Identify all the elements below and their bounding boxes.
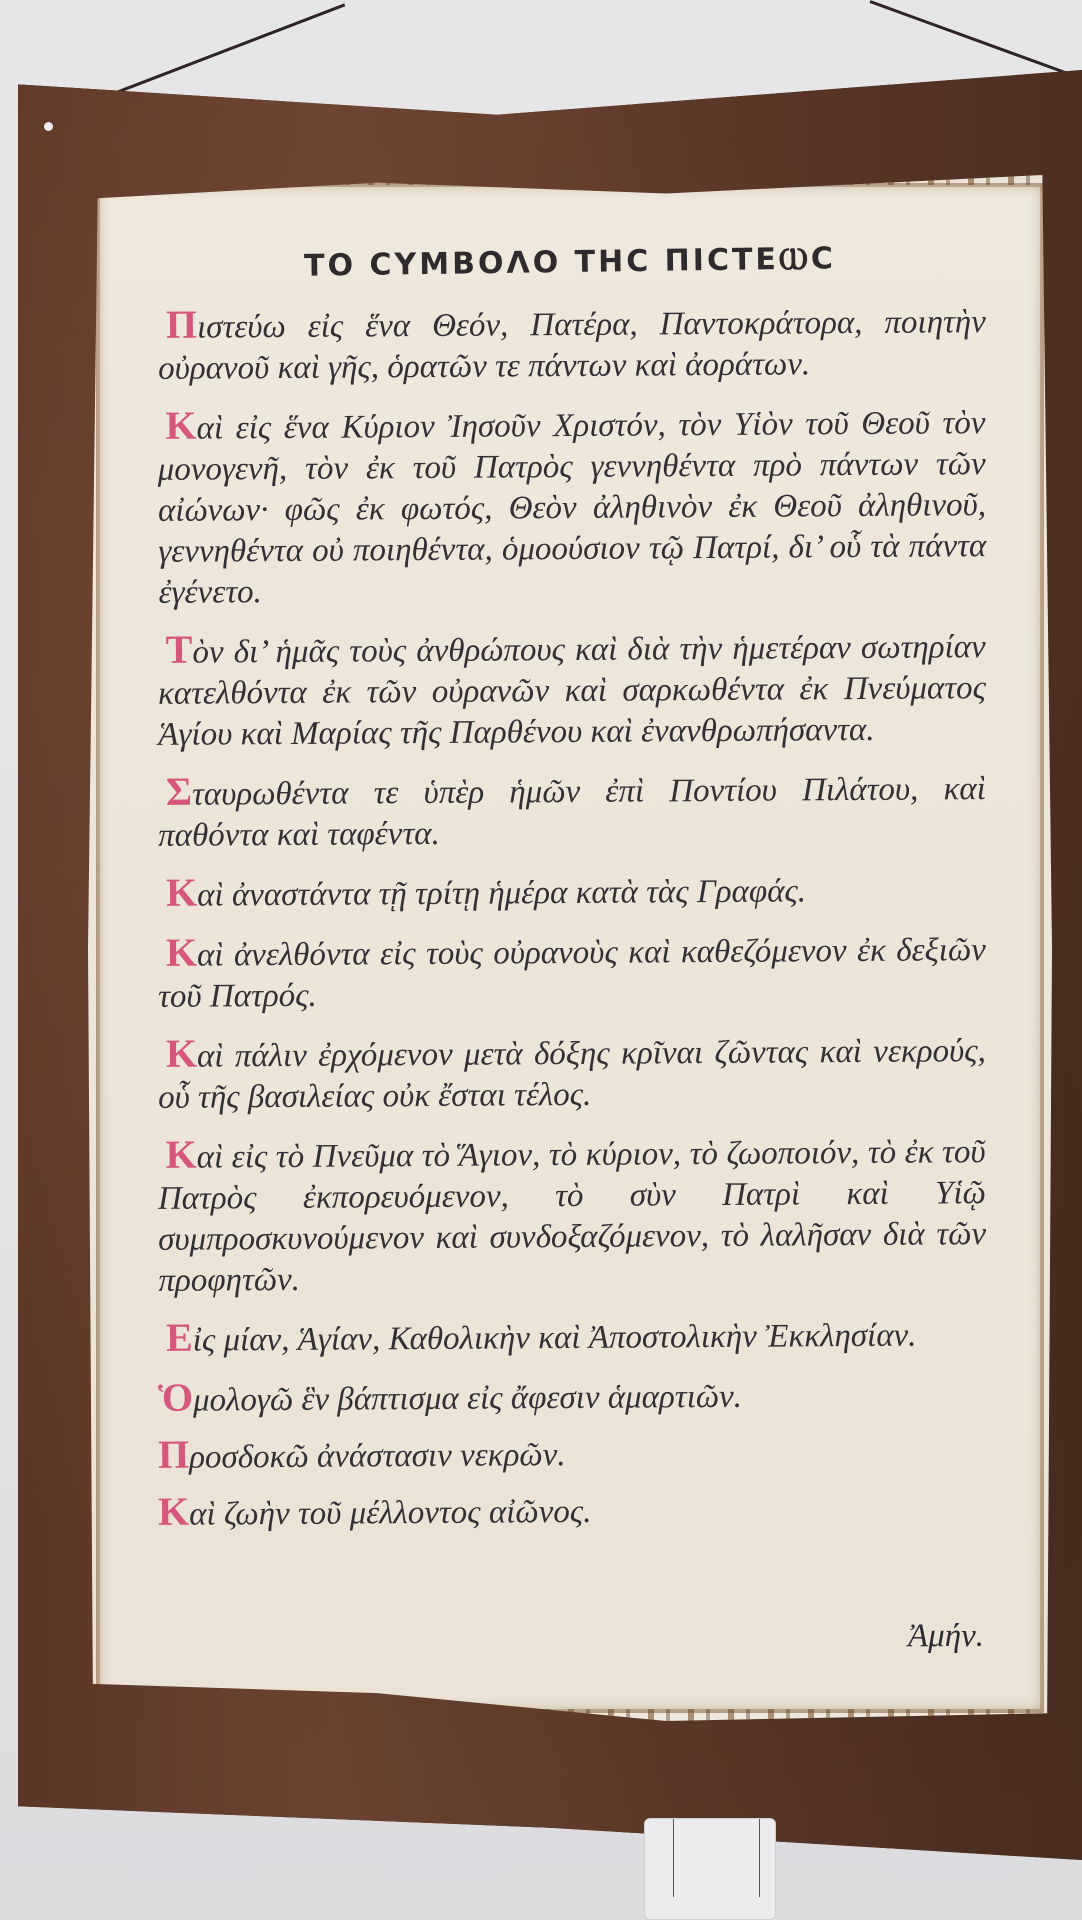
drop-initial: Ὁ (158, 1375, 193, 1420)
drop-initial: Τ (166, 627, 193, 672)
paragraph-text: ταυρωθέντα τε ὑπὲρ ἡμῶν ἐπὶ Ποντίου Πιλά… (158, 771, 986, 854)
switch-divider (759, 1819, 760, 1897)
creed-paragraph: Καὶ εἰς ἕνα Κύριον Ἰησοῦν Χριστόν, τὸν Υ… (157, 399, 986, 614)
drop-initial: Κ (165, 403, 196, 448)
creed-paragraph: Καὶ πάλιν ἐρχόμενον μετὰ δόξης κρῖναι ζῶ… (158, 1027, 987, 1119)
creed-paragraph: Ὁμολογῶ ἓν βάπτισμα εἰς ἄφεσιν ἁμαρτιῶν. (158, 1371, 986, 1422)
drop-initial: Κ (166, 870, 197, 915)
hanging-wire-right (869, 0, 1082, 85)
creed-paragraph: Καὶ εἰς τὸ Πνεῦμα τὸ Ἅγιον, τὸ κύριον, τ… (157, 1128, 986, 1302)
creed-paragraph: Εἰς μίαν, Ἁγίαν, Καθολικὴν καὶ Ἀποστολικ… (158, 1311, 986, 1362)
paragraph-text: ιστεύω εἰς ἕνα Θεόν, Πατέρα, Παντοκράτορ… (158, 304, 986, 387)
paragraph-text: αὶ εἰς ἕνα Κύριον Ἰησοῦν Χριστόν, τὸν Υἱ… (158, 405, 987, 611)
drop-initial: Π (166, 302, 197, 347)
closing-amen: Ἀμήν. (908, 1618, 984, 1655)
paragraph-text: αὶ ἀναστάντα τῇ τρίτῃ ἡμέρα κατὰ τὰς Γρα… (197, 873, 806, 913)
paragraph-text: αὶ ἀνελθόντα εἰς τοὺς οὐρανοὺς καὶ καθεζ… (158, 932, 986, 1015)
creed-paragraph: Προσδοκῶ ἀνάστασιν νεκρῶν. (158, 1428, 986, 1479)
drop-initial: Σ (166, 769, 192, 814)
paragraph-text: ὸν δι’ ἡμᾶς τοὺς ἀνθρώπους καὶ διὰ τὴν ἡ… (158, 629, 986, 753)
creed-text: Πιστεύω εἰς ἕνα Θεόν, Πατέρα, Παντοκράτο… (158, 301, 986, 1545)
paragraph-text: ἰς μίαν, Ἁγίαν, Καθολικὴν καὶ Ἀποστολικὴ… (193, 1318, 917, 1359)
paragraph-text: αὶ πάλιν ἐρχόμενον μετὰ δόξης κρῖναι ζῶν… (158, 1033, 986, 1116)
creed-paragraph: Καὶ ζωὴν τοῦ μέλλοντος αἰῶνος. (158, 1485, 986, 1536)
drop-initial: Κ (166, 1031, 197, 1076)
hanging-hole (44, 122, 53, 131)
paragraph-text: μολογῶ ἓν βάπτισμα εἰς ἄφεσιν ἁμαρτιῶν. (193, 1379, 742, 1419)
creed-paragraph: Σταυρωθέντα τε ὑπὲρ ἡμῶν ἐπὶ Ποντίου Πιλ… (158, 765, 987, 857)
paragraph-text: αὶ ζωὴν τοῦ μέλλοντος αἰῶνος. (189, 1494, 592, 1533)
paragraph-text: ροσδοκῶ ἀνάστασιν νεκρῶν. (189, 1437, 566, 1476)
drop-initial: Κ (158, 1489, 189, 1534)
drop-initial: Κ (166, 930, 197, 975)
creed-paragraph: Τὸν δι’ ἡμᾶς τοὺς ἀνθρώπους καὶ διὰ τὴν … (158, 623, 987, 756)
paragraph-text: αὶ εἰς τὸ Πνεῦμα τὸ Ἅγιον, τὸ κύριον, τὸ… (158, 1134, 987, 1299)
parchment-poster: ΤΟ ϹΥΜΒΟΛΟ ΤΗϹ ΠΙϹΤΕⲰϹ Πιστεύω εἰς ἕνα Θ… (88, 175, 1052, 1721)
wall-light-switch (644, 1818, 776, 1920)
creed-paragraph: Καὶ ἀνελθόντα εἰς τοὺς οὐρανοὺς καὶ καθε… (158, 926, 987, 1018)
drop-initial: Ε (166, 1315, 193, 1360)
creed-paragraph: Καὶ ἀναστάντα τῇ τρίτῃ ἡμέρα κατὰ τὰς Γρ… (158, 866, 986, 917)
drop-initial: Π (158, 1432, 189, 1477)
creed-paragraph: Πιστεύω εἰς ἕνα Θεόν, Πατέρα, Παντοκράτο… (158, 298, 987, 390)
poster-title: ΤΟ ϹΥΜΒΟΛΟ ΤΗϹ ΠΙϹΤΕⲰϹ (96, 238, 1044, 286)
switch-divider (673, 1819, 674, 1897)
drop-initial: Κ (165, 1132, 196, 1177)
